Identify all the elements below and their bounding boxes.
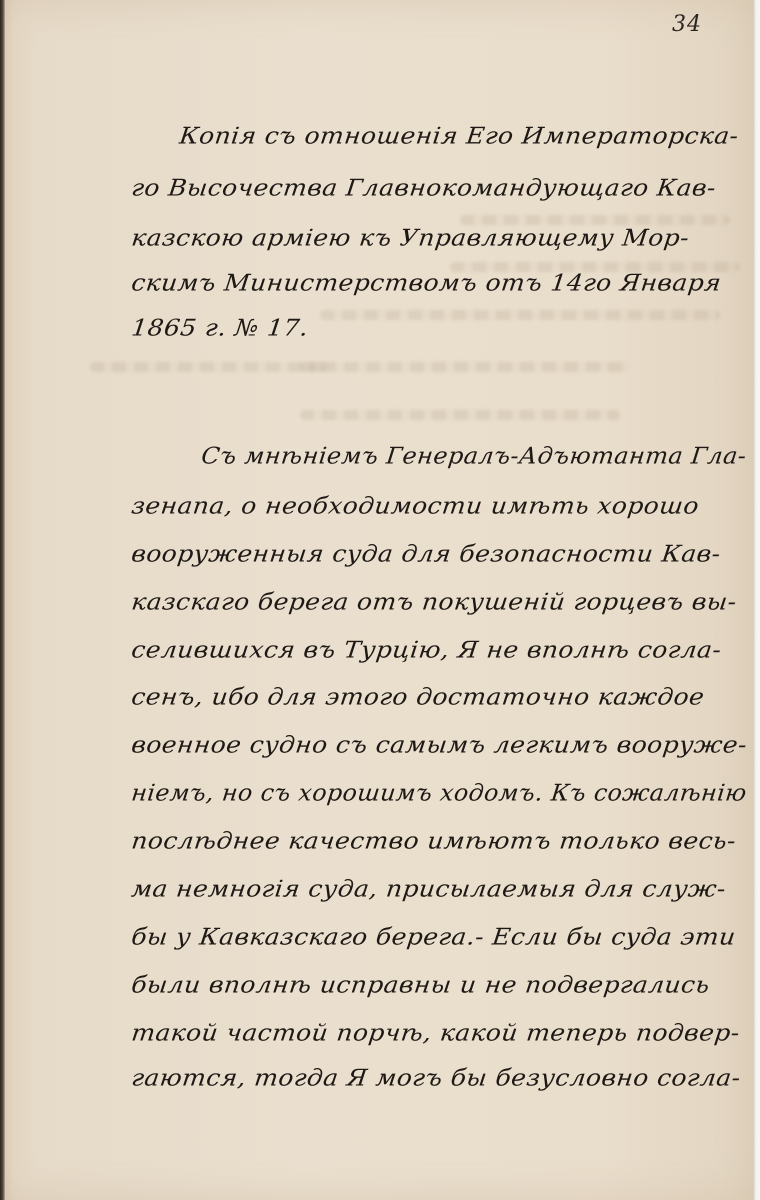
body-line: ма немногія суда, присылаемыя для служ-	[130, 875, 727, 902]
body-line: послѣднее качество имѣютъ только весь-	[130, 827, 738, 854]
binding-edge	[0, 0, 5, 1200]
bleed-through	[300, 410, 620, 420]
body-line: ніемъ, но съ хорошимъ ходомъ. Къ сожалѣн…	[130, 779, 748, 806]
document-page: 34 Копія съ отношенія Его Императорска- …	[0, 0, 753, 1200]
body-line: Съ мнѣніемъ Генералъ-Адъютанта Гла-	[200, 442, 748, 469]
body-line: гаются, тогда Я могъ бы безусловно согла…	[130, 1064, 742, 1091]
bleed-through	[90, 362, 330, 372]
heading-line: скимъ Министерствомъ отъ 14го Января	[130, 269, 723, 296]
heading-line: Копія съ отношенія Его Императорска-	[178, 122, 740, 149]
bleed-through	[320, 310, 720, 320]
body-line: вооруженныя суда для безопасности Кав-	[130, 540, 722, 567]
folio-number: 34	[672, 12, 702, 37]
body-line: зенапа, о необходимости имѣть хорошо	[130, 492, 700, 519]
body-line: бы у Кавказскаго берега.- Если бы суда э…	[130, 923, 737, 950]
body-line: такой частой порчѣ, какой теперь подвер-	[130, 1019, 741, 1046]
body-line: военное судно съ самымъ легкимъ вооруже-	[130, 731, 748, 758]
body-line: казскаго берега отъ покушеній горцевъ вы…	[130, 588, 738, 615]
body-line: селившихся въ Турцію, Я не вполнѣ согла-	[130, 636, 723, 663]
heading-line: 1865 г. № 17.	[130, 314, 310, 341]
bleed-through	[300, 362, 630, 372]
body-line: были вполнѣ исправны и не подвергались	[130, 971, 711, 998]
page-edge	[753, 0, 760, 1200]
heading-line: го Высочества Главнокомандующаго Кав-	[130, 174, 717, 201]
heading-line: казскою арміею къ Управляющему Мор-	[130, 224, 691, 251]
body-line: сенъ, ибо для этого достаточно каждое	[130, 683, 706, 710]
